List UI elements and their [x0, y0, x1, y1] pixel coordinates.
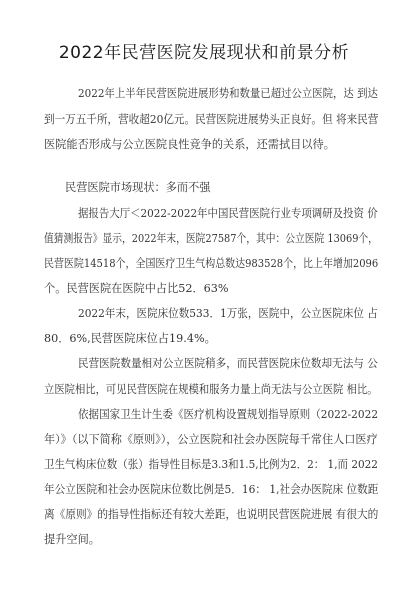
- paragraph-line: 离《原则》的指导性指标还有较大差距，也说明民营医院进展 有很大的: [44, 508, 378, 522]
- paragraph-line: 80．6%,民营医院床位占19.4%。: [44, 332, 216, 346]
- document-title: 2022年民营医院发展现状和前景分析: [0, 38, 408, 63]
- paragraph-line: 2022年上半年民营医院进展形势和数量已超过公立医院，达 到达: [78, 87, 378, 101]
- paragraph-line: 值猜测报告》显示，2022年末，医院27587个，其中：公立医院 13069个，: [44, 232, 378, 246]
- paragraph-line: 年）》（以下简称《原则》），公立医院和社会办医院每千常住人口医疗: [44, 433, 378, 447]
- paragraph-line: 个。民营医院在医院中占比52．63%: [44, 282, 229, 296]
- paragraph-line: 民营医院14518个，全国医疗卫生气构总数达983528个，比上年增加2096: [44, 257, 378, 271]
- paragraph-line: 医院能否形成与公立医院良性竞争的关系，还需拭目以待。: [44, 138, 335, 152]
- paragraph-line: 民营医院市场现状：多而不强: [65, 181, 210, 195]
- paragraph-line: 依据国家卫生计生委《医疗机构设置规划指导原则（2022-2022: [78, 408, 378, 422]
- paragraph-line: 立医院相比，可见民营医院在规模和服务力量上尚无法与公立医院 相比。: [44, 383, 378, 397]
- paragraph-line: 卫生气构床位数（张）指导性目标是3.3和1.5,比例为2．2： 1,而 2022: [44, 458, 378, 472]
- paragraph-line: 年公立医院和社会办医院床位数比例是5．16： 1,社会办医院床 位数距: [44, 483, 378, 497]
- paragraph-line: 2022年末，医院床位数533．1万张，医院中，公立医院床位 占: [78, 307, 378, 321]
- paragraph-line: 提升空间。: [44, 533, 100, 547]
- paragraph-line: 到一万五千所，营收超20亿元。民营医院进展势头正良好。但 将来民营: [44, 113, 378, 127]
- paragraph-line: 民营医院数量相对公立医院稍多，而民营医院床位数却无法与 公: [78, 357, 378, 371]
- paragraph-line: 据报告大厅＜2022-2022年中国民营医院行业专项调研及投资 价: [78, 207, 378, 221]
